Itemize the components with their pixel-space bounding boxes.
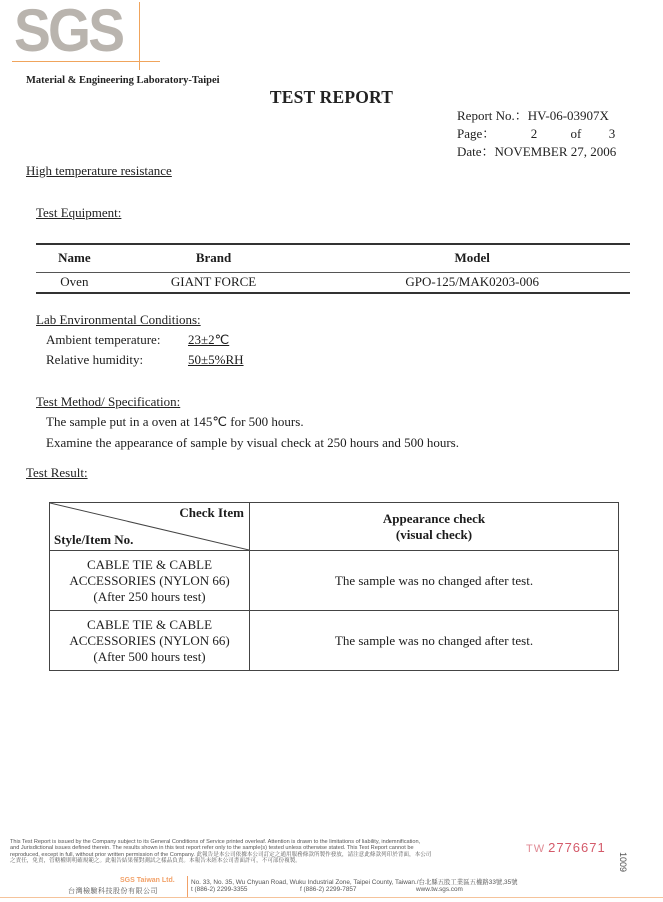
footer-divider	[187, 876, 188, 898]
report-date: NOVEMBER 27, 2006	[495, 143, 617, 161]
diagonal-header-cell: Check Item Style/Item No.	[50, 503, 250, 551]
side-number: 1009	[618, 852, 628, 872]
page-label: Page：	[457, 125, 495, 143]
page-total: 3	[581, 125, 615, 143]
company-fax: f (886-2) 2299-7857	[300, 886, 357, 893]
item-line: CABLE TIE & CABLE	[50, 557, 249, 573]
company-phone: t (886-2) 2299-3355	[191, 886, 248, 893]
equipment-table: Name Brand Model Oven GIANT FORCE GPO-12…	[36, 243, 630, 294]
result-table: Check Item Style/Item No. Appearance che…	[49, 502, 619, 671]
relative-humidity-value: 50±5%RH	[188, 352, 244, 368]
serial-number: TW2776671	[526, 840, 606, 855]
company-name-zh: 台灣檢驗科技股份有限公司	[68, 886, 158, 896]
test-equipment-label: Test Equipment:	[36, 205, 121, 221]
relative-humidity-label: Relative humidity:	[46, 352, 143, 367]
company-address: No. 33, No. 35, Wu Chyuan Road, Wuku Ind…	[191, 877, 518, 886]
page-row: Page： 2 of 3	[457, 125, 616, 143]
test-method-label: Test Method/ Specification:	[36, 394, 180, 410]
logo-vertical-rule	[139, 2, 140, 70]
result-cell: The sample was no changed after test.	[250, 551, 619, 611]
table-row: Oven GIANT FORCE GPO-125/MAK0203-006	[36, 272, 630, 293]
report-number-row: Report No.： HV-06-03907X	[457, 107, 616, 125]
legal-line: 之責任，免責，管轄權則明確規範之。此報告結果僅對測試之樣品負責。本報告未經本公司…	[10, 858, 515, 864]
equipment-header-row: Name Brand Model	[36, 244, 630, 272]
company-website[interactable]: www.tw.sgs.com	[416, 886, 463, 893]
appearance-check-title: Appearance check	[250, 511, 618, 527]
result-header-row: Check Item Style/Item No. Appearance che…	[50, 503, 619, 551]
date-row: Date： NOVEMBER 27, 2006	[457, 143, 616, 161]
check-item-header: Check Item	[179, 505, 244, 521]
appearance-check-header: Appearance check (visual check)	[250, 503, 619, 551]
sgs-logo: SGS	[14, 0, 122, 65]
method-line: The sample put in a oven at 145℃ for 500…	[46, 414, 304, 430]
equipment-model: GPO-125/MAK0203-006	[314, 272, 630, 293]
footer-rule	[0, 897, 663, 898]
company-name-en: SGS Taiwan Ltd.	[120, 877, 175, 884]
result-cell: The sample was no changed after test.	[250, 611, 619, 671]
test-result-label: Test Result:	[26, 465, 88, 481]
table-row: CABLE TIE & CABLE ACCESSORIES (NYLON 66)…	[50, 611, 619, 671]
appearance-check-subtitle: (visual check)	[250, 527, 618, 543]
method-line: Examine the appearance of sample by visu…	[46, 435, 459, 451]
item-line: CABLE TIE & CABLE	[50, 617, 249, 633]
page-title: TEST REPORT	[0, 87, 663, 108]
table-row: CABLE TIE & CABLE ACCESSORIES (NYLON 66)…	[50, 551, 619, 611]
relative-humidity-row: Relative humidity: 50±5%RH	[46, 352, 143, 368]
item-line: (After 500 hours test)	[50, 649, 249, 665]
report-number: HV-06-03907X	[528, 107, 609, 125]
equipment-brand: GIANT FORCE	[113, 272, 315, 293]
environment-label: Lab Environmental Conditions:	[36, 312, 201, 328]
item-line: ACCESSORIES (NYLON 66)	[50, 573, 249, 589]
ambient-temperature-label: Ambient temperature:	[46, 332, 160, 347]
logo-horizontal-rule	[12, 61, 160, 62]
column-header-name: Name	[36, 244, 113, 272]
item-cell: CABLE TIE & CABLE ACCESSORIES (NYLON 66)…	[50, 611, 250, 671]
date-label: Date：	[457, 143, 495, 161]
serial-prefix: TW	[526, 843, 545, 855]
item-line: ACCESSORIES (NYLON 66)	[50, 633, 249, 649]
page-of: of	[537, 125, 581, 143]
lab-name: Material & Engineering Laboratory-Taipei	[26, 75, 220, 86]
serial-value: 2776671	[548, 840, 606, 855]
section-title: High temperature resistance	[26, 163, 172, 179]
legal-disclaimer: This Test Report is issued by the Compan…	[10, 839, 515, 865]
report-number-label: Report No.：	[457, 107, 528, 125]
equipment-name: Oven	[36, 272, 113, 293]
column-header-model: Model	[314, 244, 630, 272]
test-equipment-label-text: Test Equipment:	[36, 205, 121, 220]
ambient-temperature-row: Ambient temperature: 23±2℃	[46, 332, 160, 348]
item-line: (After 250 hours test)	[50, 589, 249, 605]
column-header-brand: Brand	[113, 244, 315, 272]
item-cell: CABLE TIE & CABLE ACCESSORIES (NYLON 66)…	[50, 551, 250, 611]
style-item-header: Style/Item No.	[54, 532, 133, 548]
report-meta: Report No.： HV-06-03907X Page： 2 of 3 Da…	[457, 107, 616, 161]
page-current: 2	[495, 125, 537, 143]
ambient-temperature-value: 23±2℃	[188, 332, 229, 348]
